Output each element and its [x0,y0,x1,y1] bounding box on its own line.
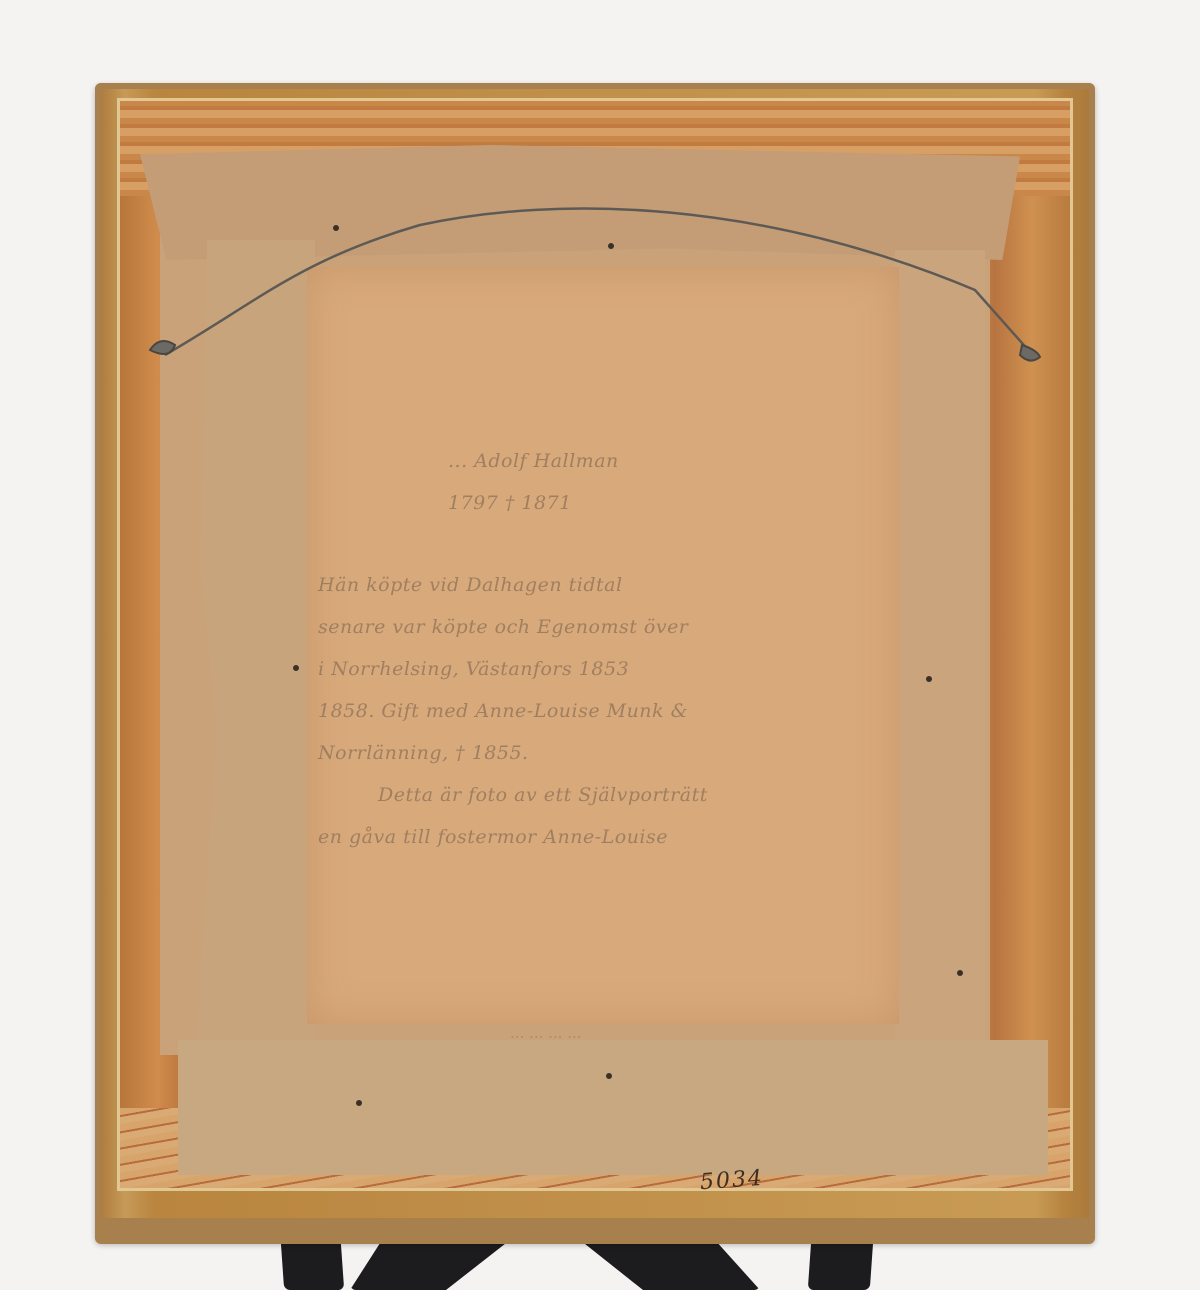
nail [957,970,963,976]
hanging-wire-icon [0,0,1200,1290]
nail [608,243,614,249]
nail [293,665,299,671]
frame-bottom-edge [95,1218,1095,1244]
nail [606,1073,612,1079]
nail [356,1100,362,1106]
nail [926,676,932,682]
nail [333,225,339,231]
